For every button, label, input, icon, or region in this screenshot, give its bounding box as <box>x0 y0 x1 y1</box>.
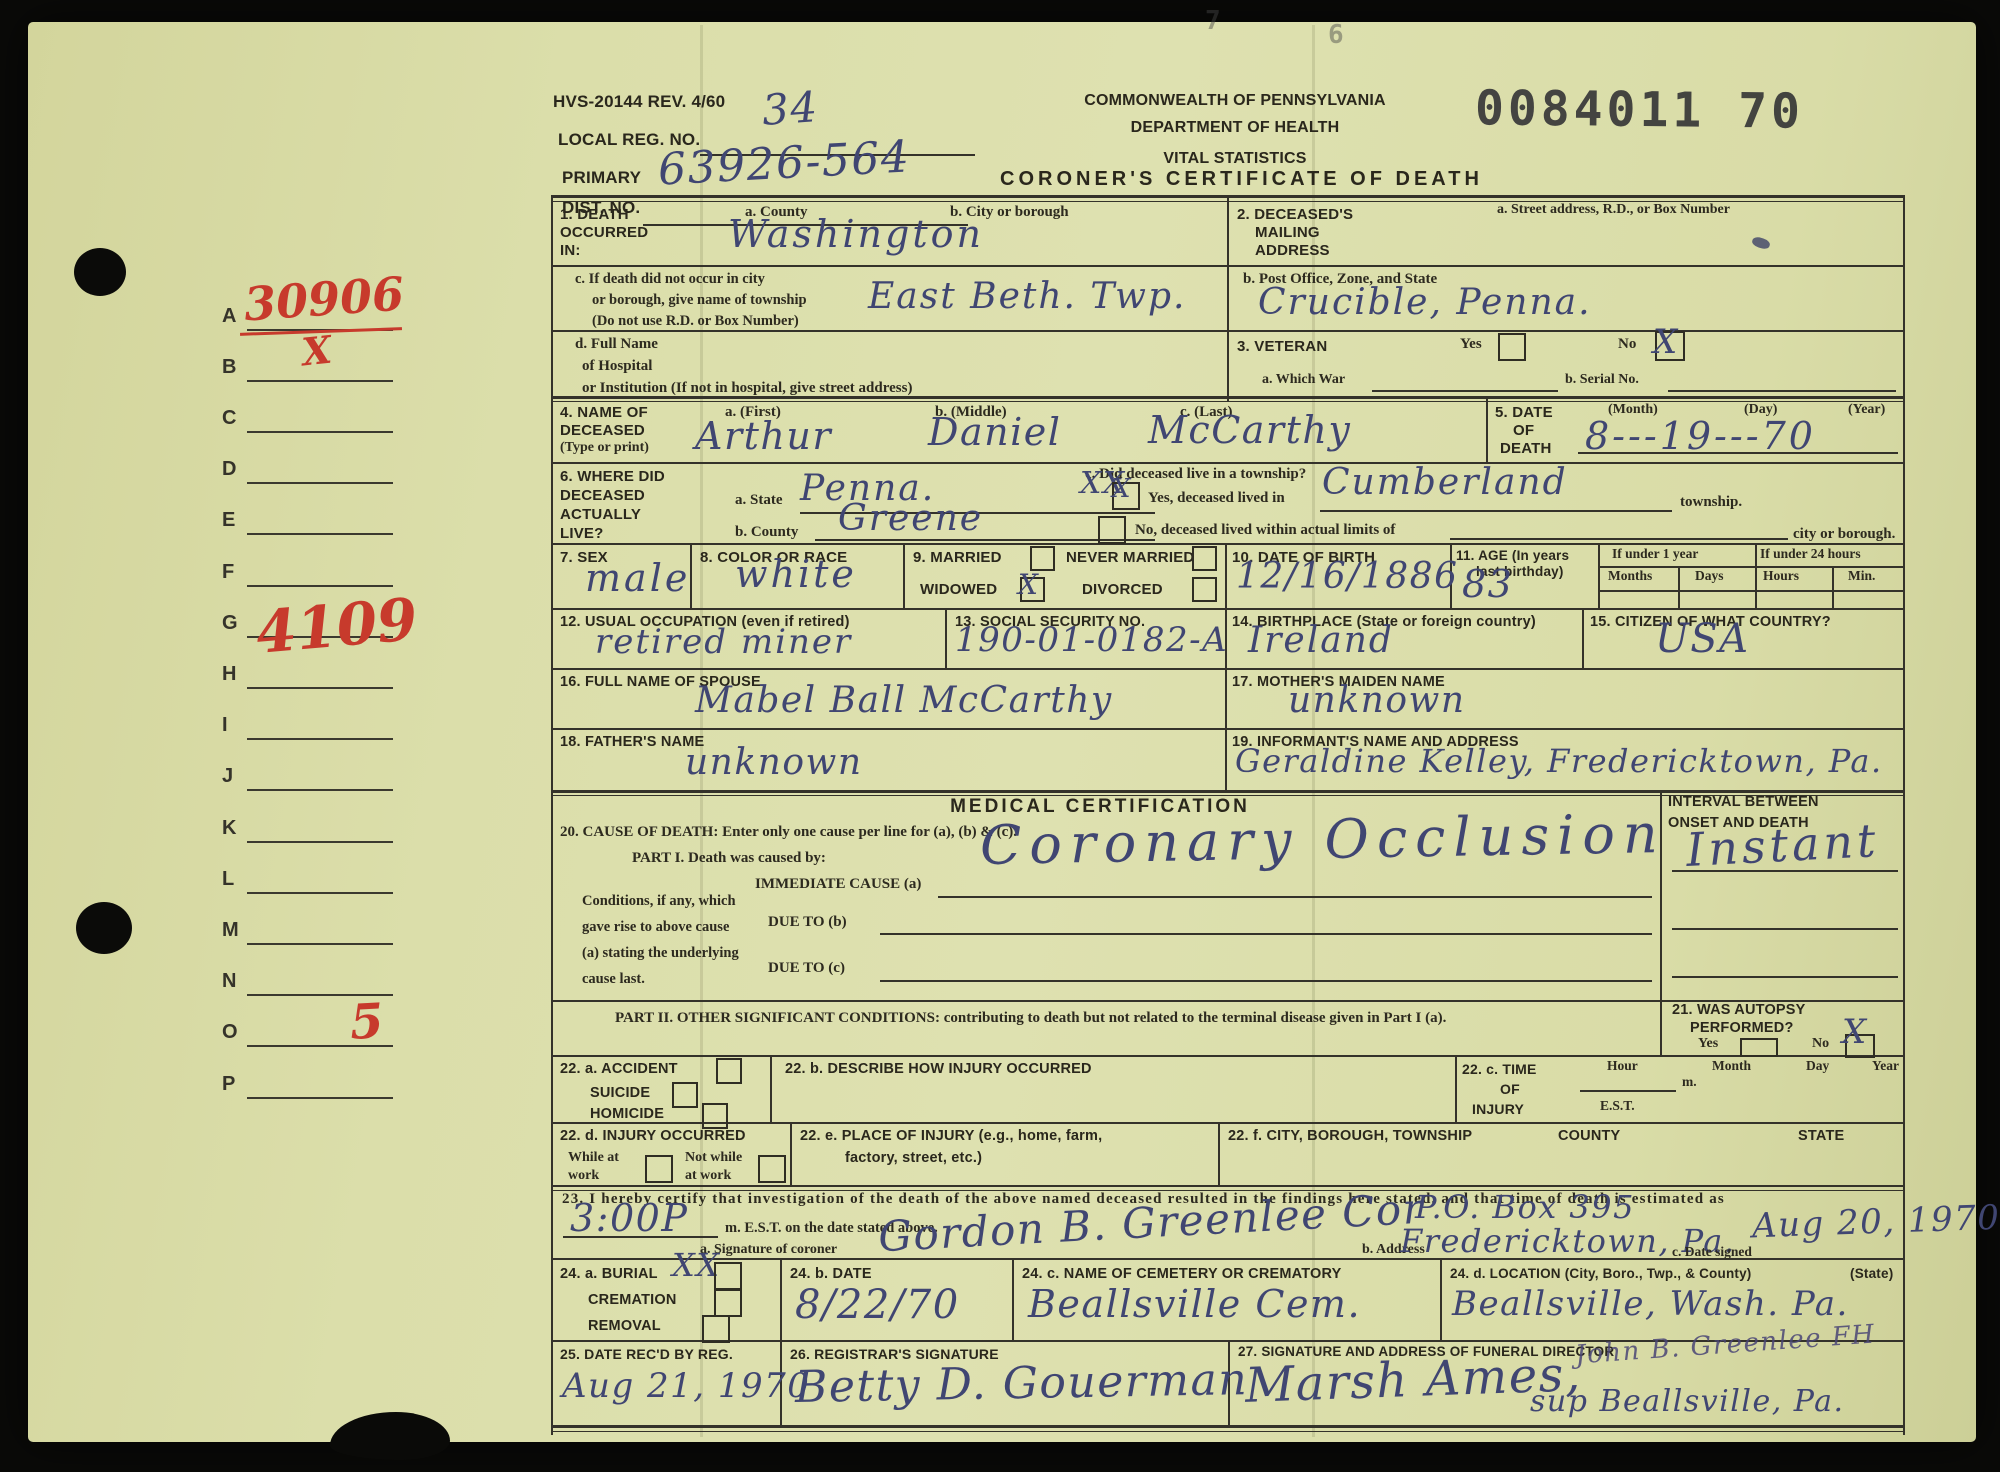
row-divider <box>553 668 1905 670</box>
margin-letter: G <box>222 612 238 635</box>
field-2-label: 2. DECEASED'S <box>1237 206 1353 223</box>
field-20-label: 20. CAUSE OF DEATH: Enter only one cause… <box>560 824 1017 841</box>
field-22c-label: 22. c. TIME <box>1462 1061 1537 1077</box>
primary-label: PRIMARY <box>562 168 641 188</box>
never-married-label: NEVER MARRIED <box>1066 549 1194 566</box>
coroner-address-value: P.O. Box 395 <box>1415 1188 1635 1226</box>
hour-label: Hour <box>1607 1058 1638 1074</box>
est-label: E.S.T. <box>1600 1098 1635 1114</box>
field-5-label: DEATH <box>1500 440 1552 457</box>
field-1-label: OCCURRED <box>560 224 648 241</box>
serial-no-line <box>1668 390 1896 392</box>
scanned-death-certificate: A B C D E F G H I J K L M N O P 30906 X … <box>0 0 2000 1472</box>
autopsy-no-mark: X <box>1842 1012 1868 1052</box>
veteran-no-mark: X <box>1653 322 1679 362</box>
township-yes-value: Cumberland <box>1322 462 1568 503</box>
conditions-label: gave rise to above cause <box>582 919 729 936</box>
divorced-checkbox <box>1192 577 1217 602</box>
days-label: Days <box>1695 568 1724 584</box>
table-border <box>1903 195 1905 1435</box>
margin-letter: O <box>222 1021 238 1044</box>
cause-b-line <box>880 933 1652 935</box>
margin-letter: D <box>222 458 236 481</box>
month-label: Month <box>1712 1058 1751 1074</box>
margin-line <box>247 789 393 791</box>
divorced-label: DIVORCED <box>1082 581 1163 598</box>
name-last-value: McCarthy <box>1148 408 1351 452</box>
immediate-cause-label: IMMEDIATE CAUSE (a) <box>755 876 921 893</box>
margin-letter: E <box>222 509 235 532</box>
org-line3: VITAL STATISTICS <box>1060 150 1410 168</box>
mother-maiden-value: unknown <box>1288 680 1466 721</box>
occupation-value: retired miner <box>595 622 852 662</box>
registration-stamp-number: 0084011 70 <box>1475 80 1805 139</box>
margin-letter: K <box>222 817 236 840</box>
father-name-value: unknown <box>685 742 863 783</box>
row-divider <box>553 265 1905 267</box>
cause-a-line <box>938 896 1652 898</box>
local-reg-value: 34 <box>760 82 820 135</box>
field-3-label: 3. VETERAN <box>1237 338 1327 355</box>
column-divider <box>1440 1258 1442 1340</box>
field-2-label: MAILING <box>1255 224 1320 241</box>
column-divider <box>1755 543 1757 608</box>
burial-location-value: Beallsville, Wash. Pa. <box>1452 1284 1849 1324</box>
field-21-label: PERFORMED? <box>1690 1020 1794 1036</box>
widowed-mark: X <box>1018 568 1039 601</box>
column-divider <box>1218 1122 1220 1185</box>
field-2b-value: Crucible, Penna. <box>1258 282 1592 323</box>
suicide-checkbox <box>672 1082 698 1108</box>
margin-letter: M <box>222 919 239 942</box>
conditions-label: cause last. <box>582 971 645 988</box>
certificate-title: CORONER'S CERTIFICATE OF DEATH <box>1000 168 1480 191</box>
margin-letter: B <box>222 356 236 379</box>
never-married-checkbox <box>1192 546 1217 571</box>
field-22b-label: 22. b. DESCRIBE HOW INJURY OCCURRED <box>785 1061 1092 1077</box>
field-1c-label: (Do not use R.D. or Box Number) <box>592 313 799 330</box>
row-divider <box>553 543 1905 545</box>
township-suffix-label: township. <box>1680 494 1742 511</box>
row-divider <box>553 1122 1905 1124</box>
interval-line <box>1672 928 1898 930</box>
field-6-label: DECEASED <box>560 487 645 504</box>
margin-letter: A <box>222 305 236 328</box>
table-border <box>553 195 1905 198</box>
margin-line <box>247 431 393 433</box>
date-of-death-line <box>1578 452 1898 454</box>
state-header-label: STATE <box>1798 1128 1844 1144</box>
removal-label: REMOVAL <box>588 1318 661 1334</box>
margin-line <box>247 1097 393 1099</box>
not-while-at-work-label: Not while <box>685 1150 742 1166</box>
field-11-label: 11. AGE (In years <box>1456 548 1569 563</box>
field-24b-label: 24. b. DATE <box>790 1266 872 1282</box>
margin-letter: H <box>222 663 236 686</box>
row-divider <box>553 790 1905 793</box>
column-divider <box>1227 195 1229 401</box>
interval-label: INTERVAL BETWEEN <box>1668 794 1819 810</box>
date-signed-label: c. Date signed <box>1672 1244 1752 1260</box>
field-5-label: 5. DATE <box>1495 404 1553 421</box>
interval-line <box>1672 976 1898 978</box>
column-divider <box>903 543 905 608</box>
field-1-label: 1. DEATH <box>560 206 629 223</box>
field-5-label: OF <box>1513 422 1534 439</box>
dod-year-label: (Year) <box>1848 402 1885 418</box>
which-war-label: a. Which War <box>1262 372 1345 388</box>
row-divider <box>553 608 1905 610</box>
table-border <box>553 1431 1905 1432</box>
citizen-value: USA <box>1655 616 1750 662</box>
removal-checkbox <box>702 1315 730 1343</box>
married-label: 9. MARRIED <box>913 549 1002 566</box>
conditions-label: (a) stating the underlying <box>582 945 739 962</box>
row-divider <box>553 728 1905 730</box>
column-divider <box>1012 1258 1014 1340</box>
burial-checkbox <box>714 1262 742 1290</box>
ssn-value: 190-01-0182-A <box>955 620 1228 660</box>
homicide-checkbox <box>702 1103 728 1129</box>
burial-date-value: 8/22/70 <box>795 1282 960 1328</box>
field-1a-value: Washington <box>728 212 984 256</box>
field-22f-label: 22. f. CITY, BOROUGH, TOWNSHIP <box>1228 1128 1472 1144</box>
township-yes-label: Yes, deceased lived in <box>1148 490 1285 507</box>
veteran-yes-checkbox <box>1498 333 1526 361</box>
veteran-yes-label: Yes <box>1460 336 1482 353</box>
due-to-c-label: DUE TO (c) <box>768 960 845 977</box>
margin-line <box>247 841 393 843</box>
column-divider <box>780 1258 782 1340</box>
cemetery-value: Beallsville Cem. <box>1028 1282 1361 1326</box>
autopsy-yes-label: Yes <box>1698 1036 1718 1052</box>
row-divider <box>553 401 1905 402</box>
while-at-work-label: While at <box>568 1150 619 1166</box>
faint-mark: 6 <box>1328 20 1344 50</box>
interval-line <box>1672 870 1898 872</box>
field-25-label: 25. DATE REC'D BY REG. <box>560 1346 733 1362</box>
form-number: HVS-20144 REV. 4/60 <box>553 92 725 112</box>
field-1d-label: d. Full Name <box>575 336 658 353</box>
while-at-work-label: work <box>568 1168 599 1184</box>
margin-line <box>247 585 393 587</box>
autopsy-no-label: No <box>1812 1036 1829 1052</box>
date-of-birth-value: 12/16/1886 <box>1236 556 1459 597</box>
field-1d-label: or Institution (If not in hospital, give… <box>582 380 912 397</box>
time-line <box>563 1236 718 1238</box>
homicide-label: HOMICIDE <box>590 1106 664 1122</box>
township-no-checkbox <box>1098 516 1126 544</box>
faint-mark: 7 <box>1205 6 1221 36</box>
paper-crease <box>700 25 703 1437</box>
under-1-year-label: If under 1 year <box>1612 546 1698 562</box>
spouse-value: Mabel Ball McCarthy <box>695 680 1113 721</box>
township-yes-box-mark: X <box>1112 474 1132 504</box>
margin-line <box>247 380 393 382</box>
state-label: a. State <box>735 492 783 509</box>
year-label: Year <box>1872 1058 1899 1074</box>
race-value: white <box>735 552 857 596</box>
field-24c-label: 24. c. NAME OF CEMETERY OR CREMATORY <box>1022 1266 1342 1282</box>
veteran-no-label: No <box>1618 336 1636 353</box>
hour-line <box>1580 1090 1676 1092</box>
red-x-mark: X <box>300 327 334 375</box>
serial-no-label: b. Serial No. <box>1565 372 1639 388</box>
table-border <box>551 195 553 1435</box>
column-divider <box>1225 728 1227 790</box>
accident-checkbox <box>716 1058 742 1084</box>
county-header-label: COUNTY <box>1558 1128 1620 1144</box>
column-divider <box>1582 608 1584 668</box>
birthplace-value: Ireland <box>1248 620 1394 661</box>
field-22d-label: 22. d. INJURY OCCURRED <box>560 1128 746 1144</box>
time-of-death-value: 3:00P <box>570 1196 688 1240</box>
table-border <box>553 1425 1905 1428</box>
margin-line <box>247 687 393 689</box>
day-label: Day <box>1806 1058 1829 1074</box>
county-label: b. County <box>735 524 798 541</box>
margin-line <box>247 943 393 945</box>
row-divider <box>553 1055 1905 1057</box>
field-24d-state-label: (State) <box>1850 1266 1893 1281</box>
row-divider <box>553 1185 1905 1187</box>
field-6-label: 6. WHERE DID <box>560 468 665 485</box>
column-divider <box>770 1055 772 1122</box>
cremation-label: CREMATION <box>588 1292 677 1308</box>
column-divider <box>1455 1055 1457 1122</box>
not-while-at-work-label: at work <box>685 1168 731 1184</box>
red-file-number-2: 4109 <box>253 585 420 667</box>
column-divider <box>1598 543 1600 608</box>
m-label: m. <box>1682 1074 1697 1090</box>
org-line2: DEPARTMENT OF HEALTH <box>1060 119 1410 137</box>
red-number-5: 5 <box>349 993 385 1051</box>
field-4-label: (Type or print) <box>560 440 649 456</box>
informant-value: Geraldine Kelley, Fredericktown, Pa. <box>1235 742 1883 780</box>
burial-label: 24. a. BURIAL <box>560 1266 658 1282</box>
which-war-line <box>1372 390 1558 392</box>
field-2a-label: a. Street address, R.D., or Box Number <box>1497 202 1730 218</box>
field-6-label: ACTUALLY <box>560 506 641 523</box>
column-divider <box>1832 566 1834 608</box>
sex-value: male <box>585 556 690 600</box>
autopsy-yes-checkbox <box>1740 1038 1778 1057</box>
field-1-label: IN: <box>560 242 581 259</box>
conditions-label: Conditions, if any, which <box>582 893 736 910</box>
row-divider <box>553 330 1905 332</box>
field-1c-label: c. If death did not occur in city <box>575 271 765 288</box>
punch-hole <box>76 902 132 954</box>
age-subrow-line <box>1598 590 1905 592</box>
cremation-checkbox <box>714 1289 742 1317</box>
field-22c-label: INJURY <box>1472 1101 1524 1117</box>
margin-letter: C <box>222 407 236 430</box>
column-divider <box>1225 543 1227 608</box>
due-to-b-label: DUE TO (b) <box>768 914 847 931</box>
min-label: Min. <box>1848 568 1875 584</box>
red-file-number: 30906 <box>242 266 405 331</box>
punch-hole <box>74 248 126 296</box>
row-divider <box>553 462 1905 464</box>
part2-label: PART II. OTHER SIGNIFICANT CONDITIONS: c… <box>615 1010 1446 1027</box>
margin-letter: L <box>222 868 234 891</box>
column-divider <box>1486 398 1488 462</box>
city-borough-line <box>1450 538 1788 540</box>
hours-label: Hours <box>1763 568 1799 584</box>
name-middle-value: Daniel <box>928 410 1061 454</box>
part1-label: PART I. Death was caused by: <box>632 850 826 867</box>
field-4-label: DECEASED <box>560 422 645 439</box>
cause-c-line <box>880 980 1652 982</box>
not-while-at-work-checkbox <box>758 1155 786 1183</box>
column-divider <box>790 1122 792 1185</box>
township-line <box>1320 510 1672 512</box>
suicide-label: SUICIDE <box>590 1085 650 1101</box>
margin-letter: F <box>222 561 234 584</box>
field-22c-label: OF <box>1500 1081 1520 1097</box>
under-24-hours-label: If under 24 hours <box>1760 546 1861 562</box>
cause-of-death-value: Coronary Occlusion <box>980 802 1667 877</box>
field-2-label: ADDRESS <box>1255 242 1330 259</box>
column-divider <box>1225 668 1227 728</box>
field-1c-label: or borough, give name of township <box>592 292 807 309</box>
field-22e-label: factory, street, etc.) <box>845 1150 982 1166</box>
field-6-label: LIVE? <box>560 525 604 542</box>
column-divider <box>945 608 947 668</box>
margin-line <box>247 892 393 894</box>
city-borough-label: city or borough. <box>1793 526 1895 543</box>
township-no-label: No, deceased lived within actual limits … <box>1135 522 1395 539</box>
funeral-director-address: sup Beallsville, Pa. <box>1530 1384 1845 1419</box>
while-at-work-checkbox <box>645 1155 673 1183</box>
interval-value: Instant <box>1685 813 1881 877</box>
field-18-label: 18. FATHER'S NAME <box>560 734 704 750</box>
accident-label: 22. a. ACCIDENT <box>560 1061 678 1077</box>
margin-line <box>247 533 393 535</box>
margin-letter: I <box>222 714 228 737</box>
date-received-value: Aug 21, 1970 <box>562 1366 810 1406</box>
org-line1: COMMONWEALTH OF PENNSYLVANIA <box>1060 92 1410 110</box>
field-24d-label: 24. d. LOCATION (City, Boro., Twp., & Co… <box>1450 1266 1752 1281</box>
column-divider <box>1678 566 1680 608</box>
field-22e-label: 22. e. PLACE OF INJURY (e.g., home, farm… <box>800 1128 1102 1144</box>
margin-letter: P <box>222 1073 235 1096</box>
widowed-label: WIDOWED <box>920 581 997 598</box>
months-label: Months <box>1608 568 1652 584</box>
name-first-value: Arthur <box>695 414 832 458</box>
county-value: Greene <box>838 498 983 539</box>
margin-letter: J <box>222 765 233 788</box>
margin-letter: N <box>222 970 236 993</box>
registrar-signature: Betty D. Gouerman <box>795 1354 1249 1413</box>
age-value: 83 <box>1462 562 1513 606</box>
field-4-label: 4. NAME OF <box>560 404 648 421</box>
margin-line <box>247 738 393 740</box>
margin-line <box>247 482 393 484</box>
field-1d-label: of Hospital <box>582 358 652 375</box>
field-1c-value: East Beth. Twp. <box>868 276 1186 317</box>
field-21-label: 21. WAS AUTOPSY <box>1672 1002 1806 1018</box>
